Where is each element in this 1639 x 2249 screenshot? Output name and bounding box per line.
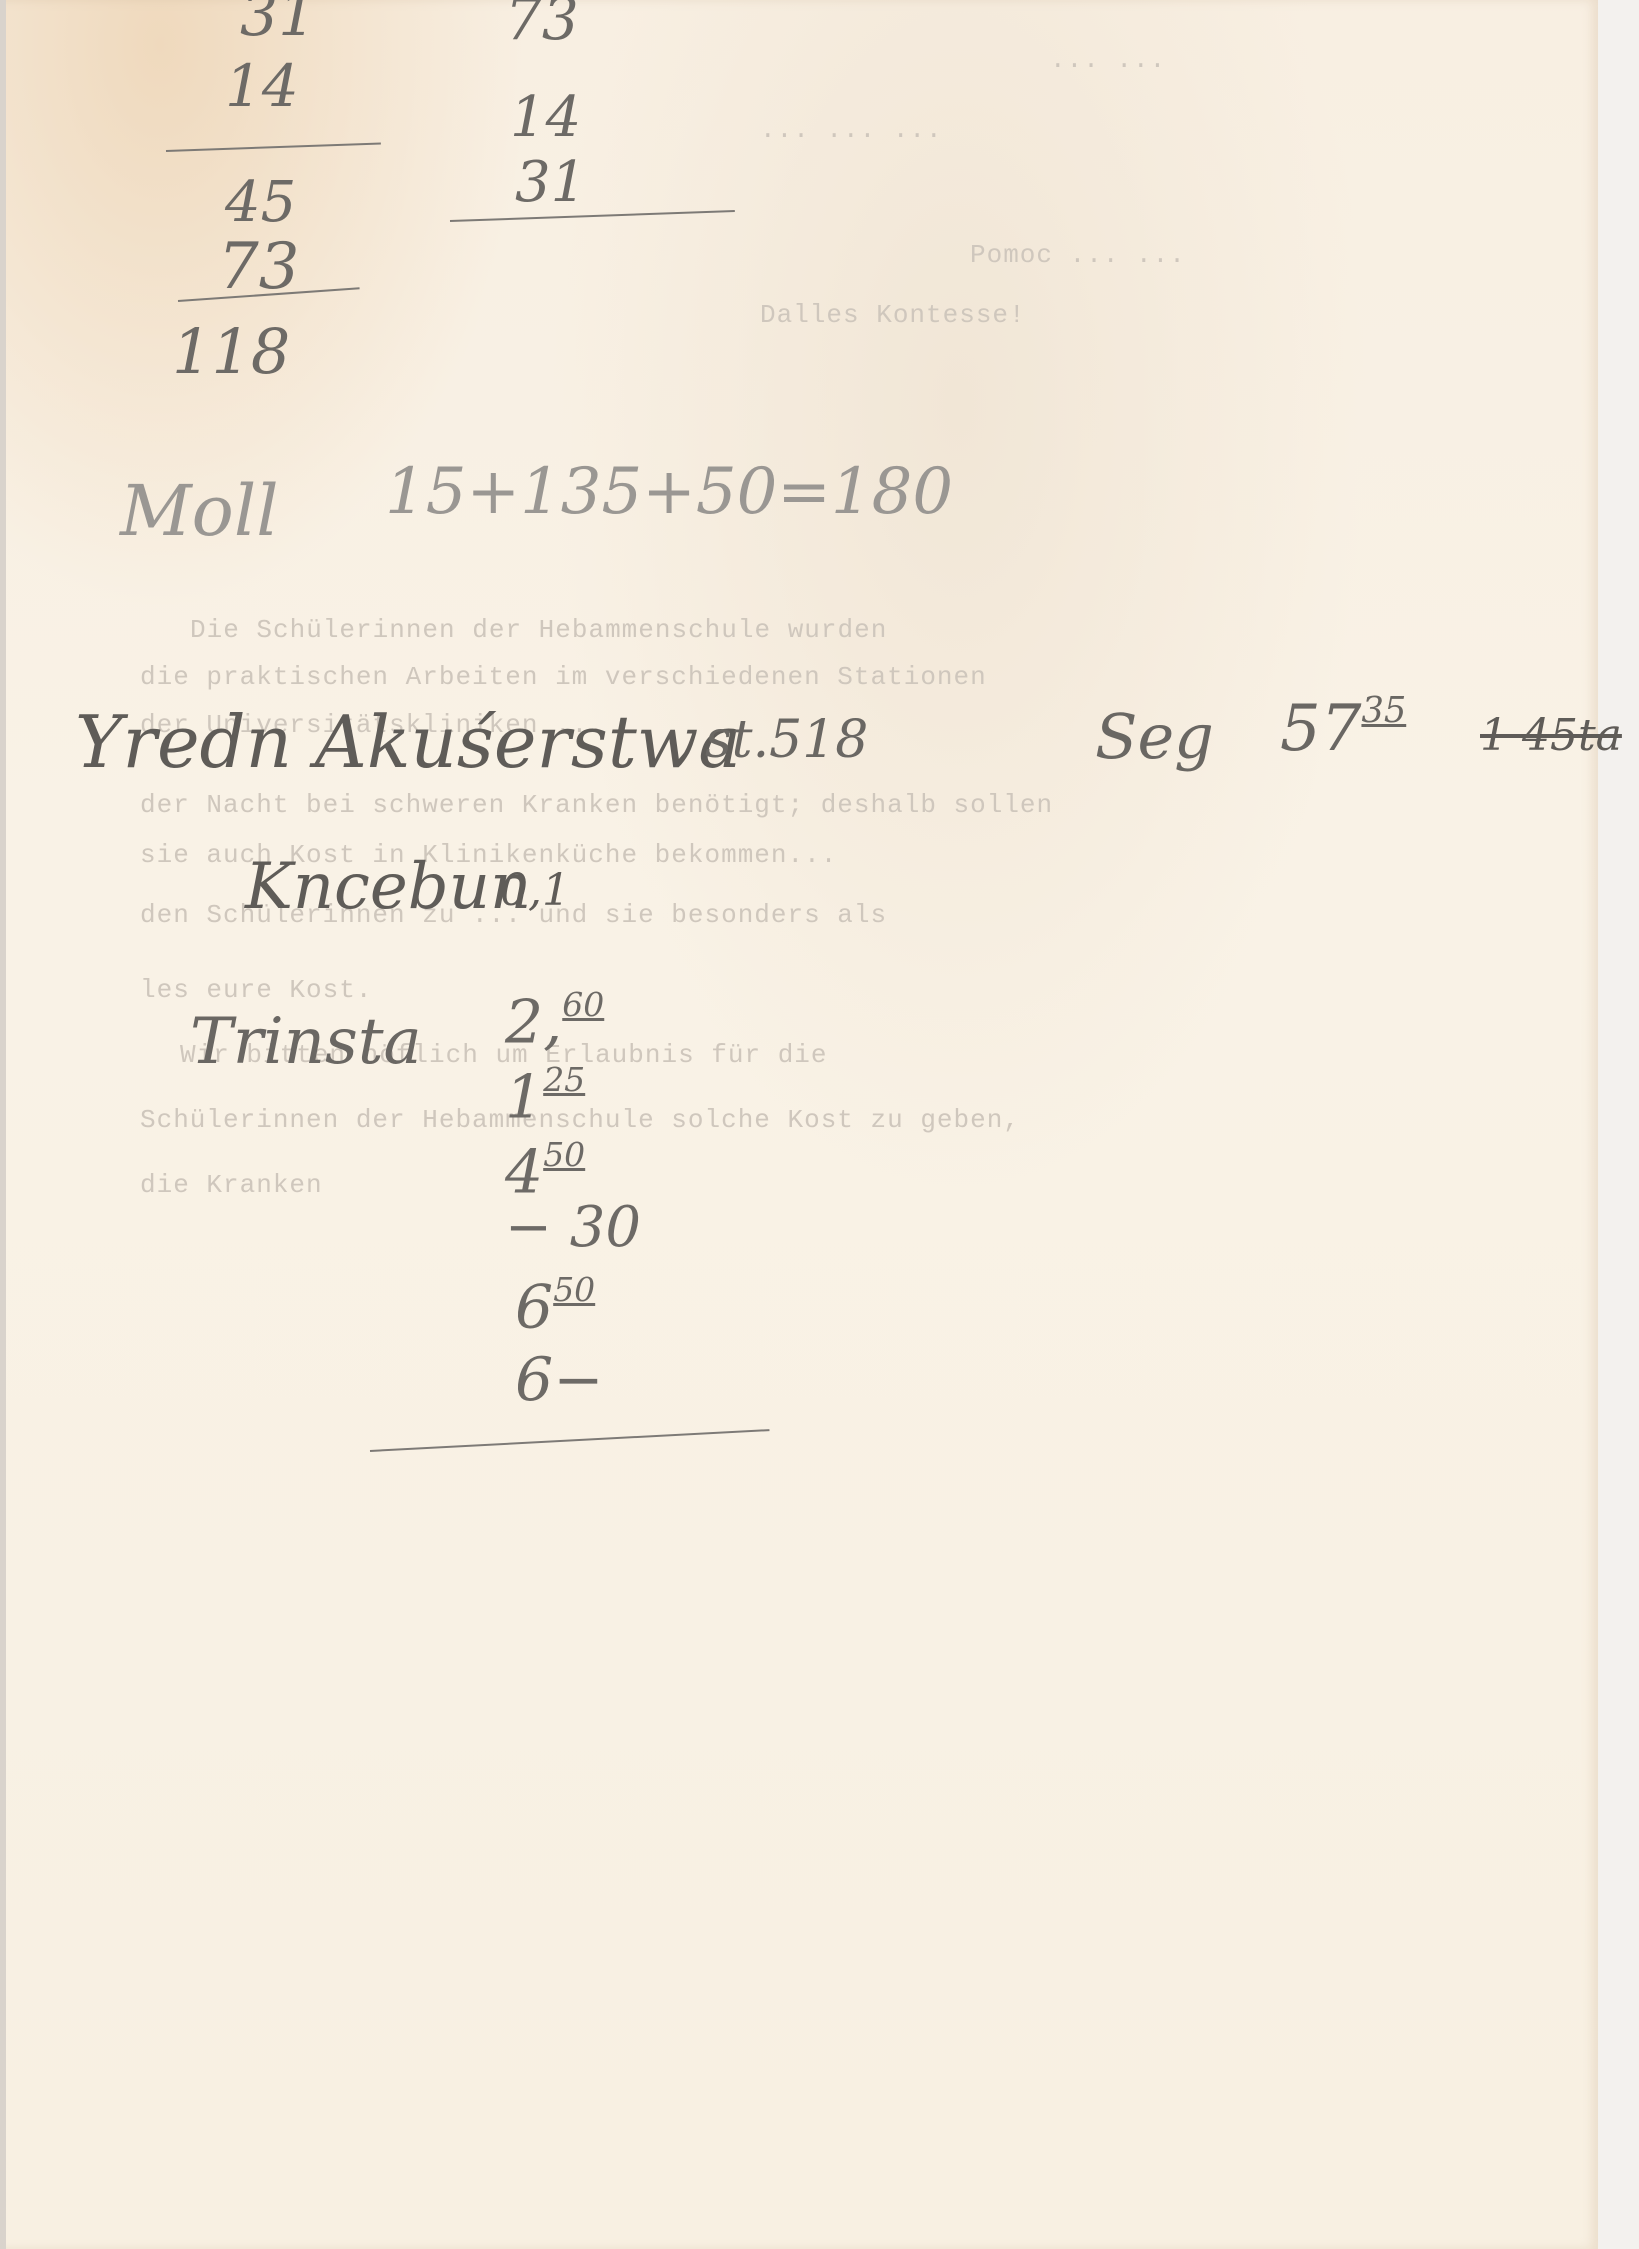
bleed-line: ... ... — [1050, 45, 1166, 75]
sum-right-value: 14 — [510, 85, 581, 150]
sum-right-value: 31 — [515, 150, 586, 215]
bleed-line: die praktischen Arbeiten im verschiedene… — [140, 662, 987, 692]
yredn-seg: Seg — [1095, 700, 1214, 773]
yredn-ref: st.518 — [705, 710, 868, 770]
bleed-line: Pomoc ... ... — [970, 240, 1186, 270]
column-item: 650 — [515, 1270, 595, 1342]
bleed-line: Die Schülerinnen der Hebammenschule wurd… — [190, 615, 887, 645]
bleed-line: die Kranken — [140, 1170, 323, 1200]
paper-edge — [0, 0, 6, 2249]
yredn-label: Yredn Akuśerstwa — [75, 700, 741, 784]
column-item: − 30 — [505, 1195, 641, 1260]
sum-left-value: 31 — [240, 0, 316, 50]
bleed-line: les eure Kost. — [140, 975, 372, 1005]
column-item: 6− — [515, 1345, 603, 1415]
bleed-line: Dalles Kontesse! — [760, 300, 1026, 330]
column-item: 125 — [505, 1060, 585, 1132]
column-item: 2,60 — [505, 985, 604, 1057]
bleed-line: ... ... ... — [760, 115, 943, 145]
sum-left-value: 45 — [225, 170, 296, 235]
bleed-line: der Nacht bei schweren Kranken benötigt;… — [140, 790, 1053, 820]
sum-left-total: 118 — [172, 315, 290, 388]
knee-value: 0,1 — [500, 865, 570, 916]
moll-expression: 15+135+50=180 — [385, 455, 953, 529]
sum-left-value: 14 — [225, 52, 299, 120]
knee-label: Kncebun — [245, 850, 531, 924]
amount-frac: 35 — [1361, 690, 1406, 731]
trinsta-label: Trinsta — [190, 1005, 422, 1079]
amount-int: 57 — [1280, 692, 1361, 766]
sum-right-value: 73 — [505, 0, 579, 53]
yredn-amount: 5735 — [1280, 690, 1406, 766]
moll-label: Moll — [120, 470, 279, 552]
yredn-struck: 1 45ta — [1480, 710, 1622, 761]
